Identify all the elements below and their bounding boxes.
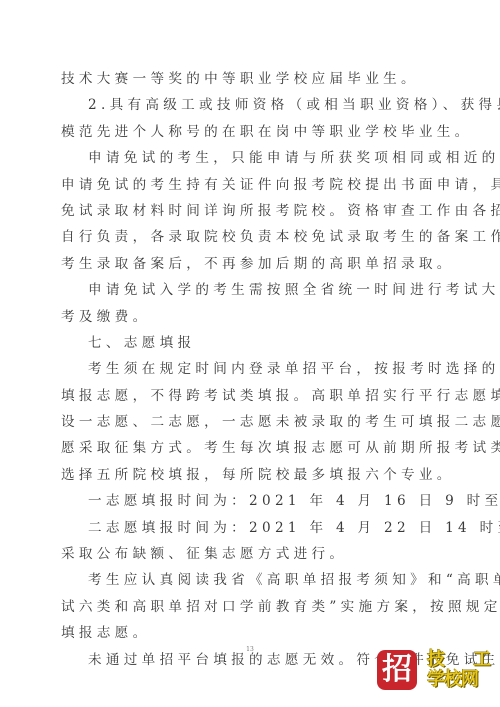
text-line: 七、志愿填报 <box>61 330 441 356</box>
text-line: 采取公布缺额、征集志愿方式进行。 <box>61 541 441 567</box>
watermark-text-xuexiaowang: 学校网 <box>427 670 478 690</box>
text-line: 设一志愿、二志愿，一志愿未被录取的考生可填报二志愿，二志 <box>61 409 441 435</box>
text-line: 填报志愿，不得跨考试类填报。高职单招实行平行志愿填报方式， <box>61 383 441 409</box>
watermark-text-ji: 技 <box>427 650 445 670</box>
text-line: 技术大赛一等奖的中等职业学校应届毕业生。 <box>61 66 441 92</box>
document-body: 技术大赛一等奖的中等职业学校应届毕业生。2.具有高级工或技师资格（或相当职业资格… <box>61 66 441 673</box>
text-line: 考生录取备案后，不再参加后期的高职单招录取。 <box>61 251 441 277</box>
text-line: 一志愿填报时间为：2021 年 4 月 16 日 9 时至 18 日 17 时。 <box>61 488 441 514</box>
text-line: 免试录取材料时间详询所报考院校。资格审查工作由各招生院校 <box>61 198 441 224</box>
text-line: 二志愿填报时间为：2021 年 4 月 22 日 14 时至 23 日 12 时… <box>61 515 441 541</box>
text-line: 考生须在规定时间内登录单招平台，按报考时选择的考试类 <box>61 356 441 382</box>
text-line: 考生应认真阅读我省《高职单招报考须知》和“高职单招考 <box>61 567 441 593</box>
text-line: 选择五所院校填报，每所院校最多填报六个专业。 <box>61 462 441 488</box>
text-line: 模范先进个人称号的在职在岗中等职业学校毕业生。 <box>61 119 441 145</box>
text-line: 申请免试入学的考生需按照全省统一时间进行考试大类的报 <box>61 277 441 303</box>
text-line: 申请免试的考生，只能申请与所获奖项相同或相近的专业。 <box>61 145 441 171</box>
zhao-badge-icon: 招 <box>377 650 417 690</box>
page-number: 13 <box>240 646 260 653</box>
watermark-text-gong: 工 <box>473 650 491 670</box>
text-line: 试六类和高职单招对口学前教育类”实施方案，按照规定和要求 <box>61 594 441 620</box>
site-watermark-logo: 招 技 工 学校网 <box>377 650 497 700</box>
text-line: 考及缴费。 <box>61 304 441 330</box>
document-page: 技术大赛一等奖的中等职业学校应届毕业生。2.具有高级工或技师资格（或相当职业资格… <box>0 0 500 707</box>
text-line: 填报志愿。 <box>61 620 441 646</box>
text-line: 自行负责，各录取院校负责本校免试录取考生的备案工作，免试 <box>61 224 441 250</box>
text-line: 申请免试的考生持有关证件向报考院校提出书面申请，具体提交 <box>61 172 441 198</box>
text-line: 2.具有高级工或技师资格（或相当职业资格）、获得县级劳动 <box>61 92 441 118</box>
text-line: 愿采取征集方式。考生每次填报志愿可从前期所报考试类中最多 <box>61 435 441 461</box>
